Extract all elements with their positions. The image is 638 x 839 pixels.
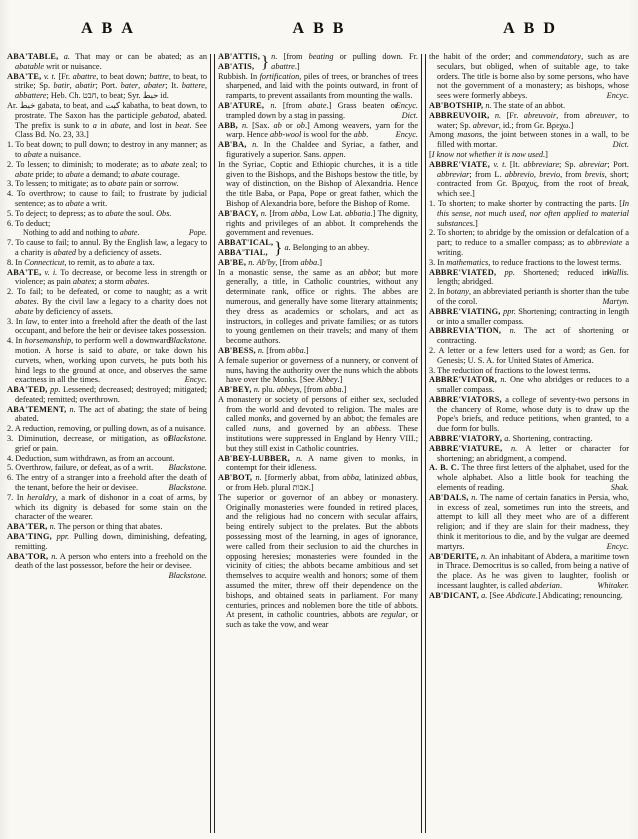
citation: Dict. <box>615 140 629 150</box>
citation: Blackstone. <box>171 463 207 473</box>
entry-text: n. [from beating or pulling down. Fr. ab… <box>271 52 418 72</box>
column-2-body: AB'ATTIS,AB'ATIS,}n. [from beating or pu… <box>218 52 418 630</box>
sense-item: 3. The reduction of fractions to the low… <box>429 366 629 376</box>
dictionary-entry: ABA'TOR, n. A person who enters into a f… <box>7 552 207 572</box>
dictionary-entry: AB'BEY-LUBBER, n. A name given to monks,… <box>218 454 418 474</box>
paragraph: A female superior or governess of a nunn… <box>218 356 418 385</box>
quotation: Nothing to add and nothing to abate.Pope… <box>7 228 207 238</box>
sense-item: 5. To deject; to depress; as to abate th… <box>7 209 207 219</box>
dictionary-entry: ABBRE'VIATING, ppr. Shortening; contract… <box>429 307 629 327</box>
dictionary-entry: ABA'TE, v. i. To decrease, or become les… <box>7 268 207 288</box>
sense-item: 2. To shorten; to abridge by the omissio… <box>429 228 629 257</box>
citation: Pope. <box>183 228 207 238</box>
citation: Blackstone. <box>171 483 207 493</box>
dictionary-entry: AB'BOT, n. [formerly abbat, from abba, l… <box>218 473 418 493</box>
column-header-abb: ABB <box>218 20 418 38</box>
dictionary-entry: AB'DICANT, a. [See Abdicate.] Abdicating… <box>429 591 629 601</box>
citation: Encyc. <box>609 542 629 552</box>
dictionary-entry: ABBREVIA'TION, n. The act of shortening … <box>429 326 629 346</box>
sense-item: 6. The entry of a stranger into a freeho… <box>7 473 207 493</box>
dictionary-entry: AB'DERITE, n. An inhabitant of Abdera, a… <box>429 552 629 591</box>
dictionary-entry: A. B. C. The three first letters of the … <box>429 463 629 492</box>
headword-variants: AB'ATTIS,AB'ATIS, <box>218 52 260 72</box>
sense-item: 1. To shorten; to make shorter by contra… <box>429 199 629 228</box>
sense-item: 3. In mathematics, to reduce fractions t… <box>429 258 629 268</box>
paragraph: Rubbish. In fortification, piles of tree… <box>218 72 418 101</box>
citation: Dict. <box>404 111 418 121</box>
dictionary-entry: ABA'TABLE, a. That may or can be abated;… <box>7 52 207 72</box>
column-1-body: ABA'TABLE, a. That may or can be abated;… <box>7 52 207 571</box>
dictionary-entry: ABA'TED, pp. Lessened; decreased; destro… <box>7 385 207 405</box>
paragraph: In the Syriac, Coptic and Ethiopic churc… <box>218 160 418 209</box>
dictionary-entry-braced: ABBAT'ICAL,ABBA'TIAL,}a. Belonging to an… <box>218 238 418 258</box>
sense-item: 1. To beat down; to pull down; to destro… <box>7 140 207 160</box>
citation: Encyc. <box>609 91 629 101</box>
dictionary-page: ABA ABA'TABLE, a. That may or can be aba… <box>0 0 638 839</box>
sense-item: 2. To fail; to be defeated, or come to n… <box>7 287 207 316</box>
dictionary-entry: ABBRE'VIATOR, n. One who abridges or red… <box>429 375 629 395</box>
brace-icon: } <box>261 52 269 71</box>
dictionary-entry: ABBREUVOIR, n. [Fr. abreuvoir, from abre… <box>429 111 629 131</box>
entry-text: a. Belonging to an abbey. <box>284 243 418 253</box>
citation: Blackstone. <box>171 336 207 346</box>
dictionary-entry: ABBRE'VIATURE, n. A letter or character … <box>429 444 629 464</box>
column-2: ABB AB'ATTIS,AB'ATIS,}n. [from beating o… <box>218 6 418 835</box>
sense-item: 2. To lessen; to diminish; to moderate; … <box>7 160 207 180</box>
dictionary-entry: ABBRE'VIATED, pp. Shortened; reduced in … <box>429 268 629 288</box>
dictionary-entry: AB'DALS, n. The name of certain fanatics… <box>429 493 629 552</box>
citation: Blackstone. <box>171 434 207 444</box>
citation: Martyn. <box>605 297 630 307</box>
column-3: ABD the habit of the order; and commenda… <box>429 6 629 835</box>
dictionary-entry: ABBRE'VIATE, v. t. [It. abbreviare; Sp. … <box>429 160 629 199</box>
dictionary-entry: ABA'TING, ppr. Pulling down, diminishing… <box>7 532 207 552</box>
dictionary-entry: ABB, n. [Sax. ab or ob.] Among weavers, … <box>218 121 418 141</box>
dictionary-entry: ABBRE'VIATORY, a. Shortening, contractin… <box>429 434 629 444</box>
dictionary-entry: ABA'TE, v. t. [Fr. abattre, to beat down… <box>7 72 207 101</box>
paragraph: Ar. خبط gabata, to beat, and كبت kabatha… <box>7 101 207 140</box>
column-layout: ABA ABA'TABLE, a. That may or can be aba… <box>7 6 633 835</box>
sense-item: 5. Overthrow, failure, or defeat, as of … <box>7 463 207 473</box>
dictionary-entry: ABA'TER, n. The person or thing that aba… <box>7 522 207 532</box>
paragraph: [I know not whether it is now used.] <box>429 150 629 160</box>
paragraph: Among masons, the joint between stones i… <box>429 130 629 150</box>
dictionary-entry: ABBRE'VIATORS, a college of seventy-two … <box>429 395 629 434</box>
column-3-body: the habit of the order; and commendatory… <box>429 52 629 601</box>
column-divider <box>210 54 215 833</box>
dictionary-entry: AB'BA, n. In the Chaldee and Syriac, a f… <box>218 140 418 160</box>
dictionary-entry: AB'BOTSHIP, n. The state of an abbot. <box>429 101 629 111</box>
sense-item: 3. To lessen; to mitigate; as to abate p… <box>7 179 207 189</box>
sense-item: 8. In Connecticut, to remit, as to abate… <box>7 258 207 268</box>
dictionary-entry: AB'BACY, n. [from abba, Low Lat. abbatia… <box>218 209 418 238</box>
citation: Blackstone. <box>171 571 207 581</box>
sense-item: 7. To cause to fail; to annul. By the En… <box>7 238 207 258</box>
sense-item: 2. A letter or a few letters used for a … <box>429 346 629 366</box>
dictionary-entry: AB'BESS, n. [from abba.] <box>218 346 418 356</box>
dictionary-entry: AB'BEY, n. plu. abbeys, [from abba.] <box>218 385 418 395</box>
paragraph: A monastery or society of persons of eit… <box>218 395 418 454</box>
dictionary-entry: AB'ATURE, n. [from abate.] Grass beaten … <box>218 101 418 121</box>
sense-item: 4. Deduction, sum withdrawn, as from an … <box>7 454 207 464</box>
citation: Whitaker. <box>599 581 629 591</box>
dictionary-entry-braced: AB'ATTIS,AB'ATIS,}n. [from beating or pu… <box>218 52 418 72</box>
sense-item: 4. To overthrow; to cause to fail; to fr… <box>7 189 207 209</box>
paragraph: In a monastic sense, the same as an abbo… <box>218 268 418 346</box>
dictionary-entry: AB'BE, n. Ab'by, [from abba.] <box>218 258 418 268</box>
dictionary-entry: ABA'TEMENT, n. The act of abating; the s… <box>7 405 207 425</box>
brace-icon: } <box>274 238 282 257</box>
citation: Encyc. <box>398 130 418 140</box>
sense-item: 3. In law, to enter into a freehold afte… <box>7 317 207 337</box>
column-header-abd: ABD <box>429 20 629 38</box>
paragraph: The superior or governor of an abbey or … <box>218 493 418 630</box>
paragraph: the habit of the order; and commendatory… <box>429 52 629 101</box>
sense-item: 6. To deduct; <box>7 219 207 229</box>
headword-variants: ABBAT'ICAL,ABBA'TIAL, <box>218 238 273 258</box>
citation: Encyc. <box>398 101 418 111</box>
column-1: ABA ABA'TABLE, a. That may or can be aba… <box>7 6 207 835</box>
citation: Shak. <box>613 483 629 493</box>
citation: Wallis. <box>608 268 629 278</box>
sense-item: 2. A reduction, removing, or pulling dow… <box>7 424 207 434</box>
column-divider <box>421 54 426 833</box>
sense-item: 7. In heraldry, a mark of dishonor in a … <box>7 493 207 522</box>
column-header-aba: ABA <box>7 20 207 38</box>
sense-item: 2. In botany, an abbreviated perianth is… <box>429 287 629 307</box>
citation: Encyc. <box>187 375 207 385</box>
